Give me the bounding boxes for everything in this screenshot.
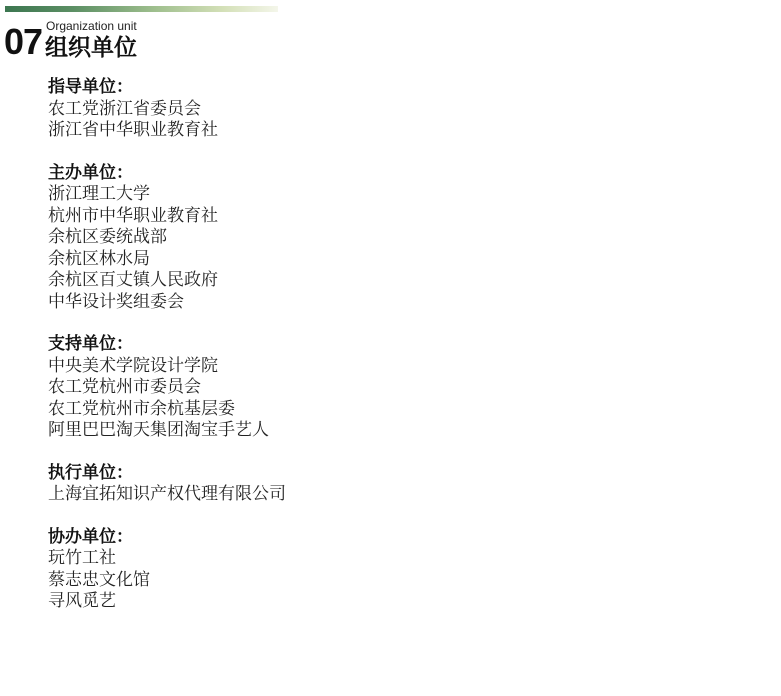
list-item: 浙江理工大学	[48, 184, 286, 206]
list-item: 农工党杭州市委员会	[48, 377, 286, 399]
accent-gradient-bar	[5, 6, 278, 12]
list-item: 余杭区委统战部	[48, 227, 286, 249]
list-item: 余杭区百丈镇人民政府	[48, 270, 286, 292]
section-heading: 执行单位：	[48, 463, 286, 485]
list-item: 农工党杭州市余杭基层委	[48, 399, 286, 421]
list-item: 中央美术学院设计学院	[48, 356, 286, 378]
section-subtitle: Organization unit	[46, 19, 137, 33]
list-item: 浙江省中华职业教育社	[48, 120, 286, 142]
section-number: 07	[4, 24, 42, 60]
list-item: 余杭区林水局	[48, 249, 286, 271]
list-item: 玩竹工社	[48, 548, 286, 570]
organization-list: 指导单位： 农工党浙江省委员会 浙江省中华职业教育社 主办单位： 浙江理工大学 …	[48, 77, 286, 634]
list-item: 中华设计奖组委会	[48, 292, 286, 314]
section-heading: 指导单位：	[48, 77, 286, 99]
section-title: 组织单位	[45, 34, 137, 62]
section-heading: 主办单位：	[48, 163, 286, 185]
section-co-organizing-units: 协办单位： 玩竹工社 蔡志忠文化馆 寻风觅艺	[48, 527, 286, 613]
list-item: 蔡志忠文化馆	[48, 570, 286, 592]
list-item: 上海宜拓知识产权代理有限公司	[48, 484, 286, 506]
section-guiding-units: 指导单位： 农工党浙江省委员会 浙江省中华职业教育社	[48, 77, 286, 142]
list-item: 杭州市中华职业教育社	[48, 206, 286, 228]
list-item: 阿里巴巴淘天集团淘宝手艺人	[48, 420, 286, 442]
section-host-units: 主办单位： 浙江理工大学 杭州市中华职业教育社 余杭区委统战部 余杭区林水局 余…	[48, 163, 286, 314]
section-heading: 支持单位：	[48, 334, 286, 356]
section-heading: 协办单位：	[48, 527, 286, 549]
section-executing-units: 执行单位： 上海宜拓知识产权代理有限公司	[48, 463, 286, 506]
list-item: 寻风觅艺	[48, 591, 286, 613]
list-item: 农工党浙江省委员会	[48, 99, 286, 121]
section-supporting-units: 支持单位： 中央美术学院设计学院 农工党杭州市委员会 农工党杭州市余杭基层委 阿…	[48, 334, 286, 442]
